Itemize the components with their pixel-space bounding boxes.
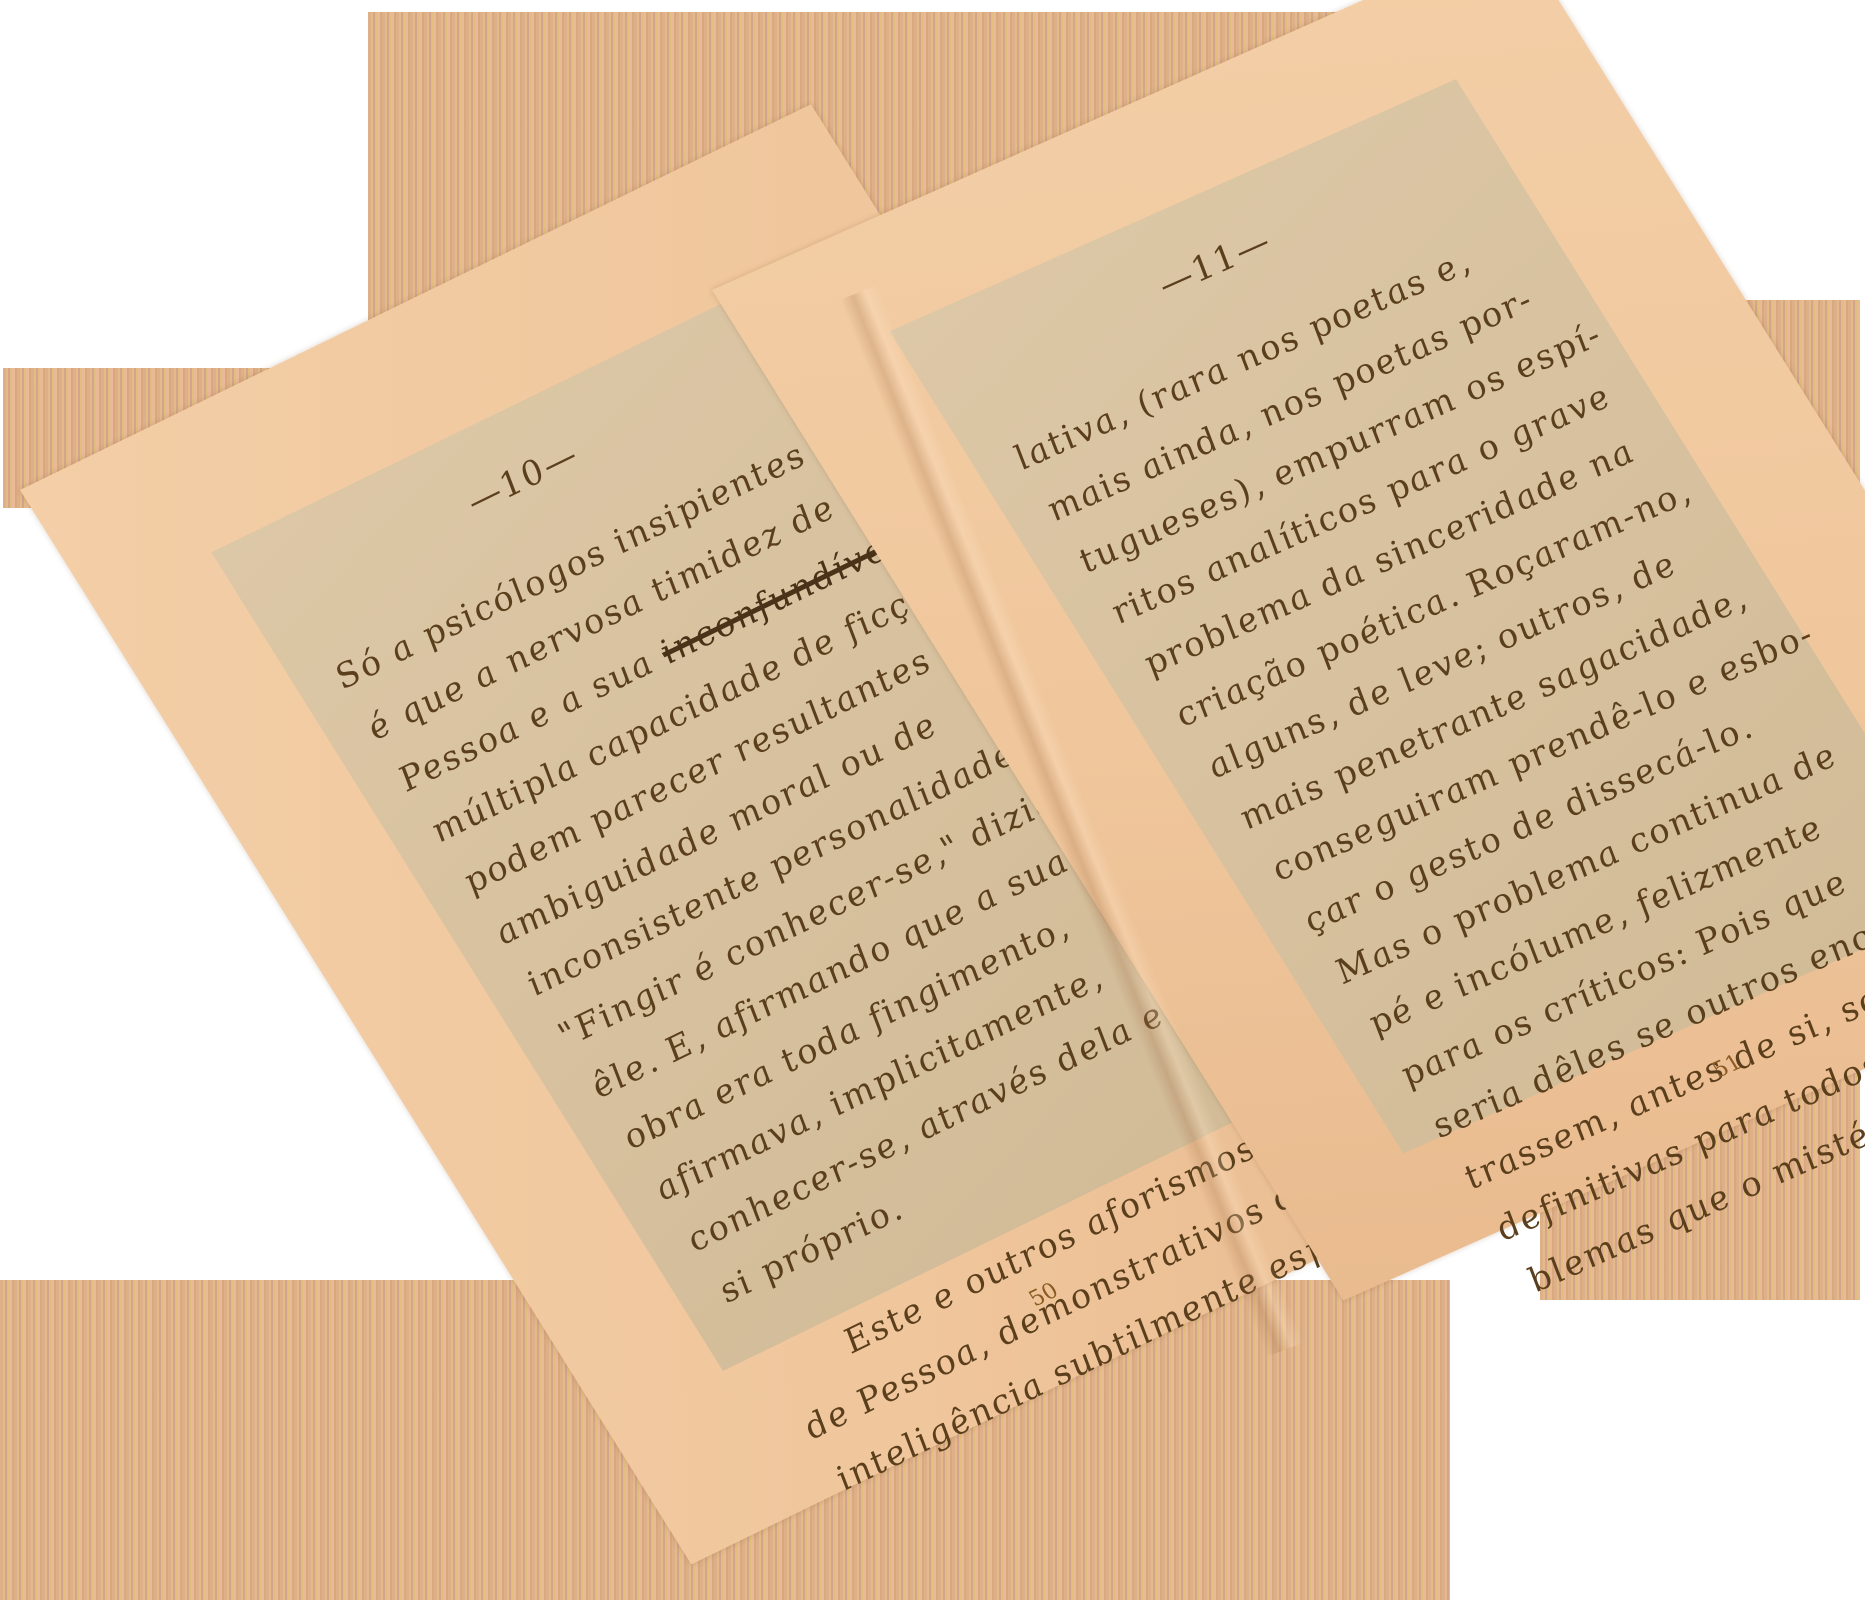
open-book: —10— Só a psicólogos insipientes é que a… <box>0 0 1865 1609</box>
